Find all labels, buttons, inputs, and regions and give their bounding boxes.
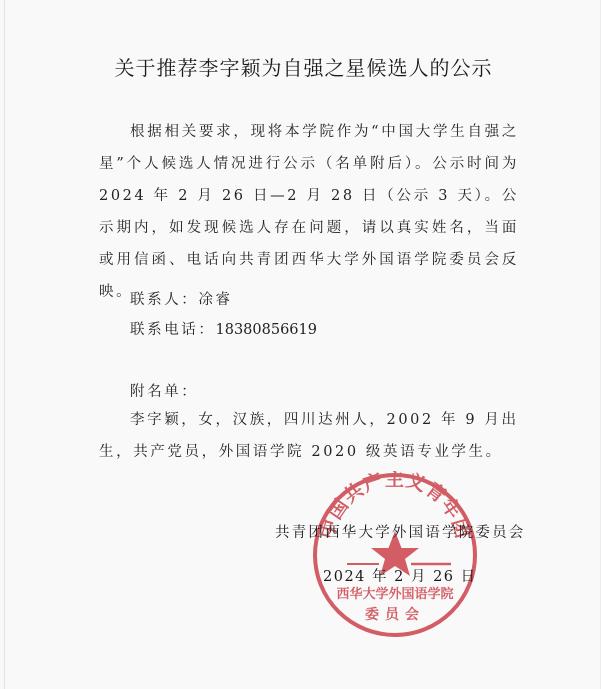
announcement-paragraph: 根据相关要求，现将本学院作为“中国大学生自强之星”个人候选人情况进行公示（名单附… — [99, 116, 519, 308]
contact-person-name: 凃睿 — [198, 292, 232, 308]
signing-organization: 共青团西华大学外国语学院委员会 — [275, 521, 526, 542]
contact-phone: 联系电话：18380856619 — [130, 318, 317, 339]
official-seal: 中国共产主义青年团 西华大学外国语学院 委员会 — [311, 471, 479, 639]
contact-person-label: 联系人： — [130, 292, 198, 308]
seal-bottom-line1: 西华大学外国语学院 — [336, 586, 453, 602]
contact-phone-label: 联系电话： — [130, 322, 216, 338]
contact-person: 联系人：凃睿 — [130, 288, 233, 309]
contact-phone-number: 18380856619 — [216, 322, 317, 338]
seal-bottom-line2: 委员会 — [365, 606, 425, 623]
signing-date: 2024 年 2 月 26 日 — [323, 565, 477, 586]
document-title: 关于推荐李字颖为自强之星候选人的公示 — [5, 52, 601, 81]
document-page: 关于推荐李字颖为自强之星候选人的公示 根据相关要求，现将本学院作为“中国大学生自… — [4, 0, 601, 689]
attachment-label: 附名单： — [130, 380, 198, 401]
attachment-content: 李字颖，女，汉族，四川达州人，2002 年 9 月出生，共产党员，外国语学院 2… — [99, 404, 519, 468]
